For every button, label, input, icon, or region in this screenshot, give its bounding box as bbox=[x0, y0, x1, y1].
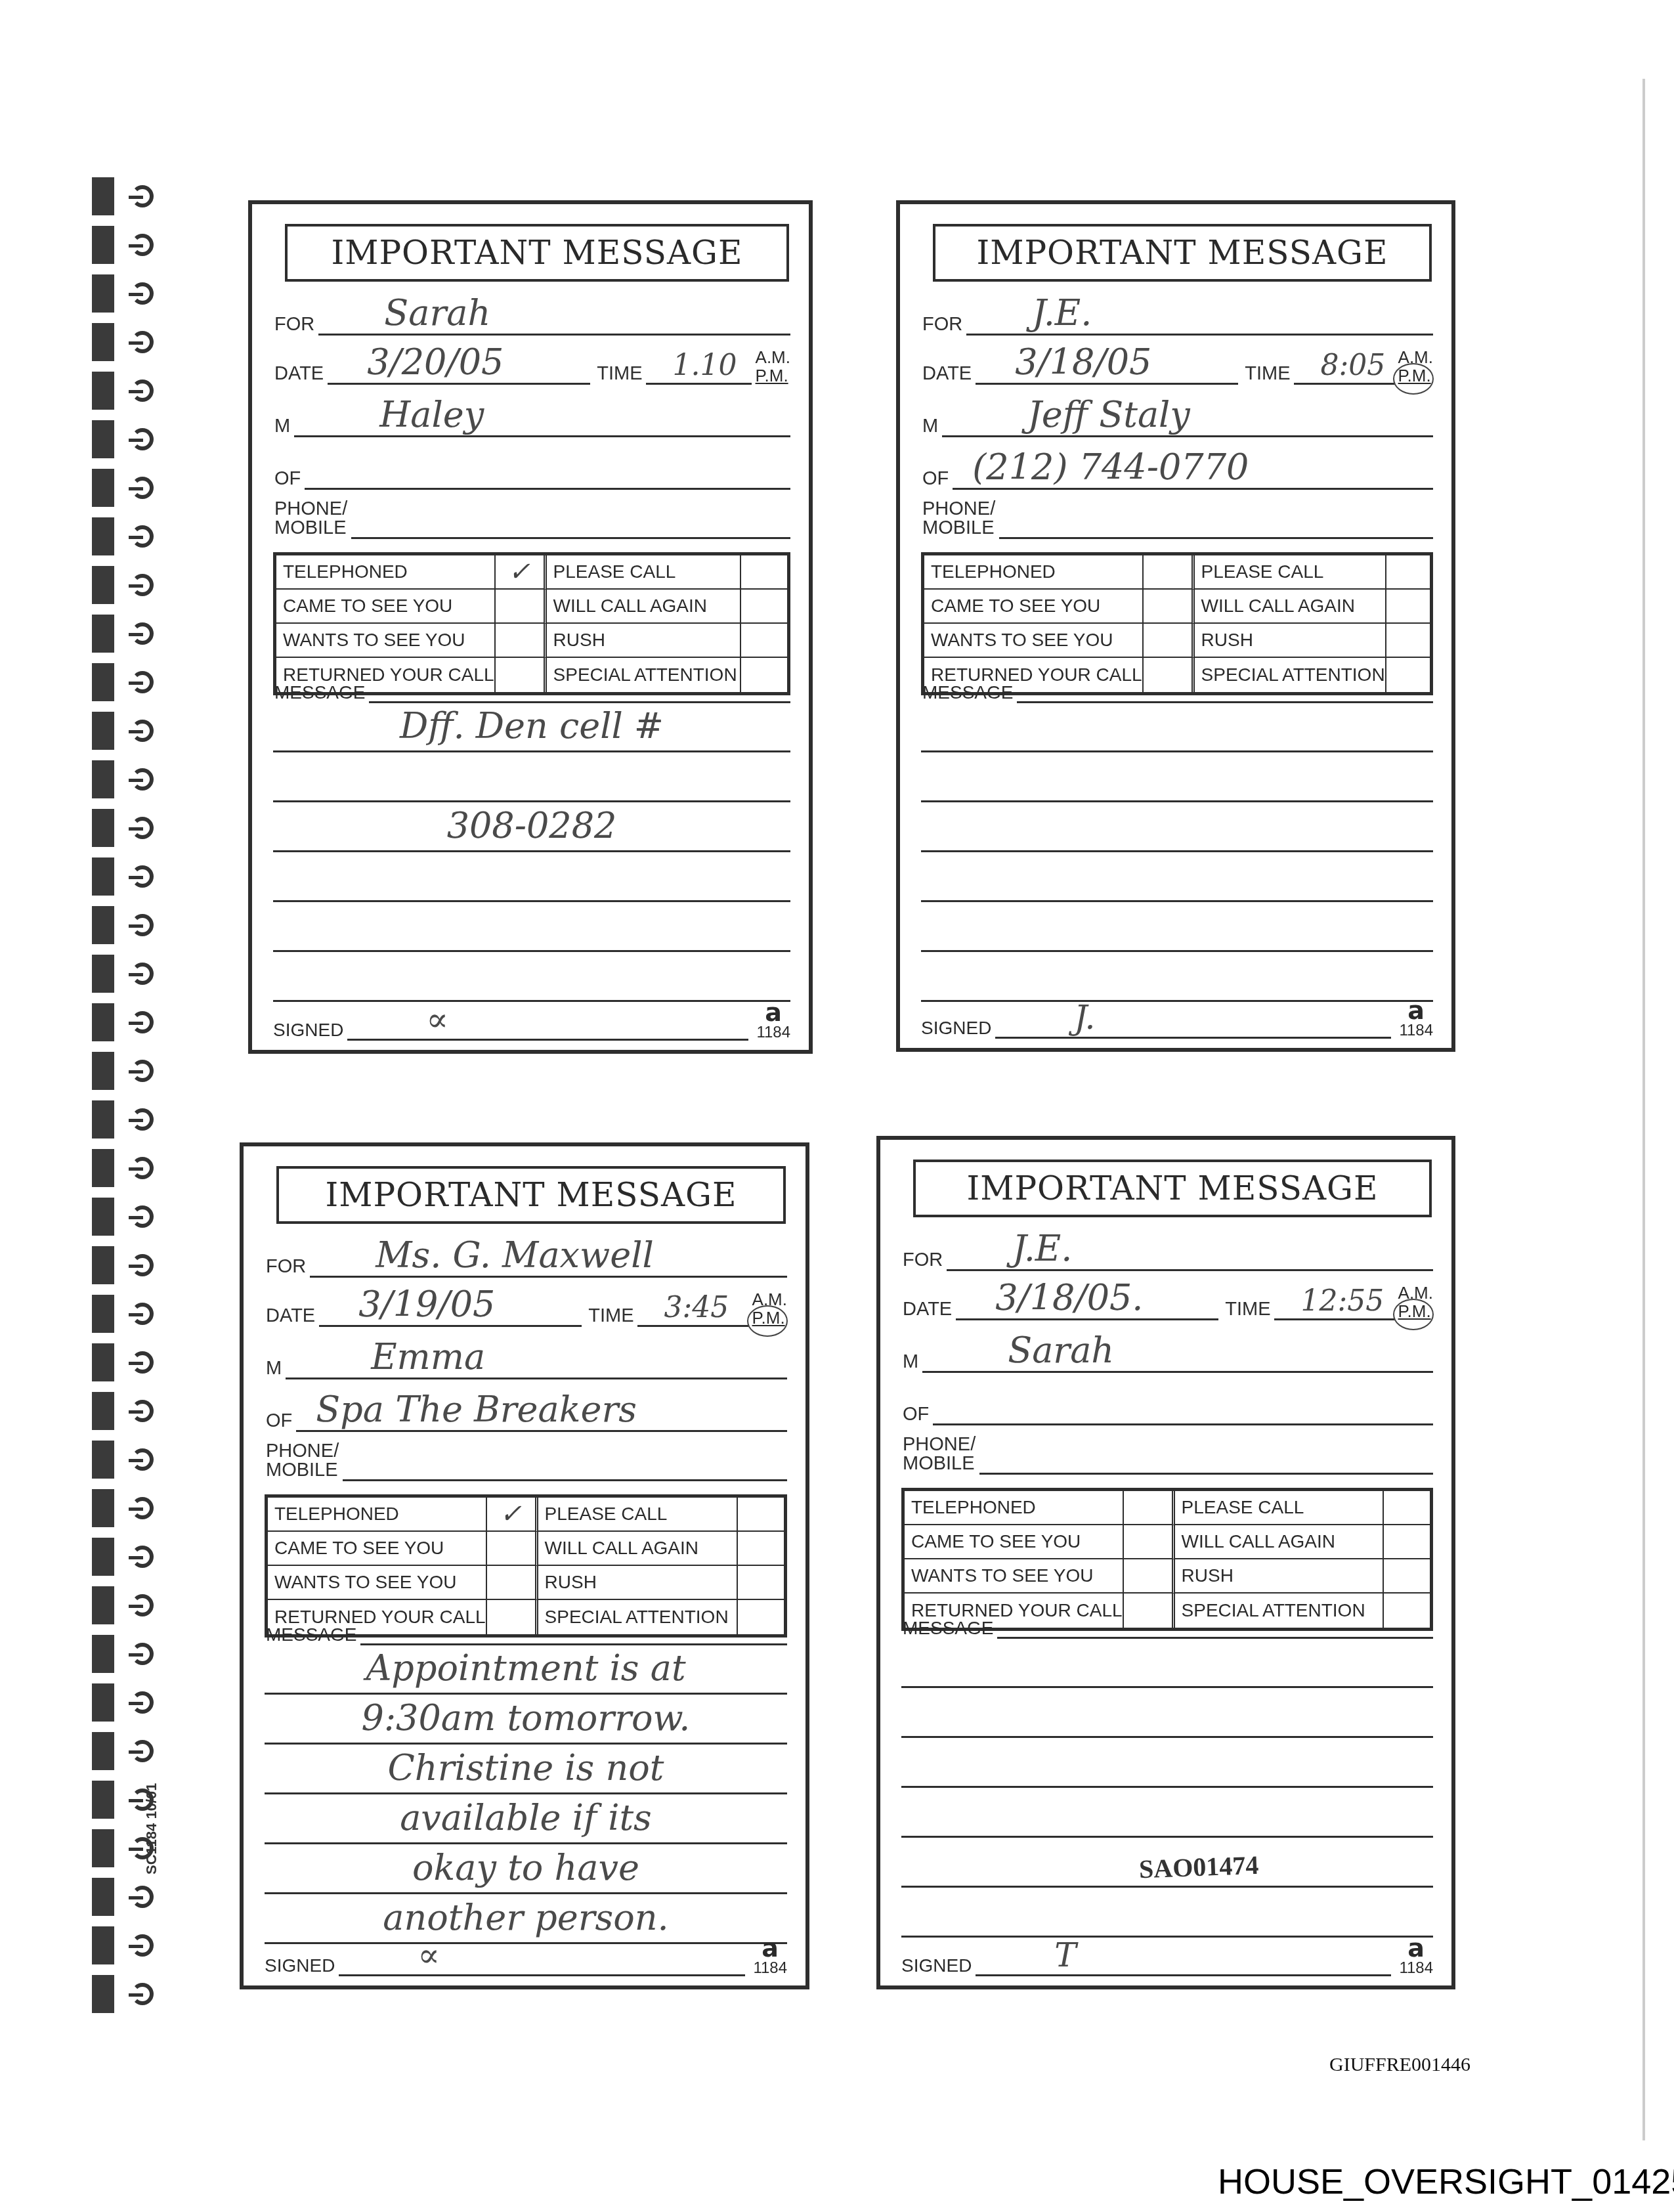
from-value: Emma bbox=[371, 1339, 485, 1375]
binding-tab bbox=[92, 1586, 114, 1624]
spiral-ring bbox=[131, 1643, 154, 1665]
spiral-ring bbox=[131, 1400, 154, 1422]
spiral-ring bbox=[131, 1060, 154, 1082]
binding-tab bbox=[92, 1100, 114, 1139]
am-pm-indicator: A.M. P.M. bbox=[1398, 1284, 1433, 1320]
spiral-ring bbox=[131, 1934, 154, 1957]
binding-tab bbox=[92, 1149, 114, 1187]
m-label: M bbox=[274, 417, 290, 437]
spiral-ring bbox=[131, 1886, 154, 1908]
ampad-logo: a1184 bbox=[1399, 1936, 1433, 1976]
binding-tab bbox=[92, 615, 114, 653]
message-line: available if its bbox=[265, 1841, 787, 1844]
checkbox-will-call-again[interactable] bbox=[1384, 1525, 1430, 1559]
message-line bbox=[273, 949, 790, 952]
date-time-field: DATE 3/18/05 TIME 8:05 A.M. P.M. bbox=[922, 339, 1433, 385]
message-line bbox=[921, 899, 1433, 902]
of-label: OF bbox=[903, 1405, 929, 1425]
checkbox-label-came-to-see-you: CAME TO SEE YOU bbox=[276, 590, 496, 624]
status-checkbox-grid: TELEPHONEDPLEASE CALLCAME TO SEE YOUWILL… bbox=[901, 1488, 1433, 1631]
message-line-text: Christine is not bbox=[265, 1747, 787, 1789]
checkbox-wants-to-see-you[interactable] bbox=[496, 624, 547, 658]
phone-label: PHONE/MOBILE bbox=[903, 1435, 976, 1475]
pm-label: P.M. bbox=[756, 367, 790, 385]
message-line-text: Dff. Den cell # bbox=[273, 705, 790, 747]
date-time-field: DATE 3/19/05 TIME 3:45 A.M. P.M. bbox=[266, 1281, 787, 1327]
spiral-ring bbox=[131, 428, 154, 450]
checkbox-label-wants-to-see-you: WANTS TO SEE YOU bbox=[276, 624, 496, 658]
for-field: FOR Sarah bbox=[274, 290, 790, 336]
of-value: Spa The Breakers bbox=[316, 1392, 637, 1427]
checkbox-came-to-see-you[interactable] bbox=[487, 1532, 538, 1566]
message-line: Dff. Den cell # bbox=[273, 749, 790, 752]
spiral-ring bbox=[131, 234, 154, 256]
binding-tab bbox=[92, 1683, 114, 1722]
checkbox-label-came-to-see-you: CAME TO SEE YOU bbox=[924, 590, 1144, 624]
checkbox-label-wants-to-see-you: WANTS TO SEE YOU bbox=[905, 1559, 1124, 1594]
of-field: OF bbox=[903, 1379, 1433, 1425]
spiral-ring bbox=[131, 768, 154, 791]
for-value: J.E. bbox=[1012, 1231, 1072, 1267]
date-time-field: DATE 3/18/05. TIME 12:55 A.M. P.M. bbox=[903, 1274, 1433, 1320]
spiral-ring bbox=[131, 1497, 154, 1519]
checkbox-please-call[interactable] bbox=[1384, 1491, 1430, 1525]
checkbox-label-will-call-again: WILL CALL AGAIN bbox=[1175, 1525, 1384, 1559]
message-label: MESSAGE bbox=[903, 1618, 993, 1639]
am-pm-indicator: A.M. P.M. bbox=[1398, 349, 1433, 385]
spiral-ring bbox=[131, 720, 154, 742]
binding-tab bbox=[92, 323, 114, 361]
binding-tab bbox=[92, 1829, 114, 1867]
binding-tab bbox=[92, 372, 114, 410]
phone-field: PHONE/MOBILE bbox=[266, 1435, 787, 1481]
message-slip-bottom-left: IMPORTANT MESSAGE FOR Ms. G. Maxwell DAT… bbox=[240, 1142, 809, 1989]
binding-tab bbox=[92, 1635, 114, 1673]
checkbox-label-rush: RUSH bbox=[547, 624, 741, 658]
time-value: 1.10 bbox=[672, 351, 737, 380]
binding-tab bbox=[92, 1441, 114, 1479]
for-label: FOR bbox=[266, 1257, 306, 1278]
slip-title: IMPORTANT MESSAGE bbox=[276, 1166, 786, 1224]
from-value: Jeff Staly bbox=[1027, 397, 1190, 433]
from-field: M Sarah bbox=[903, 1327, 1433, 1373]
message-line bbox=[901, 1785, 1433, 1788]
message-line-text: okay to have bbox=[265, 1847, 787, 1888]
status-checkbox-grid: TELEPHONED✓PLEASE CALLCAME TO SEE YOUWIL… bbox=[273, 552, 790, 695]
checkbox-telephoned[interactable]: ✓ bbox=[487, 1498, 538, 1532]
phone-field: PHONE/MOBILE bbox=[274, 493, 790, 539]
from-value: Haley bbox=[379, 397, 484, 433]
time-label: TIME bbox=[1245, 364, 1290, 385]
message-slip-top-right: IMPORTANT MESSAGE FOR J.E. DATE 3/18/05 … bbox=[896, 200, 1455, 1052]
checkbox-label-rush: RUSH bbox=[1195, 624, 1386, 658]
checkbox-label-rush: RUSH bbox=[1175, 1559, 1384, 1594]
date-value: 3/20/05 bbox=[367, 345, 504, 380]
signature-value: ∝ bbox=[418, 1939, 440, 1972]
binding-tab bbox=[92, 857, 114, 896]
checkbox-label-please-call: PLEASE CALL bbox=[1195, 555, 1386, 590]
signature-value: T bbox=[1054, 1939, 1076, 1972]
spiral-ring bbox=[131, 380, 154, 402]
time-label: TIME bbox=[588, 1307, 633, 1327]
message-label: MESSAGE bbox=[922, 682, 1013, 703]
checkbox-telephoned[interactable]: ✓ bbox=[496, 555, 547, 590]
m-label: M bbox=[266, 1359, 282, 1379]
time-value: 12:55 bbox=[1300, 1287, 1384, 1316]
binding-tab bbox=[92, 906, 114, 944]
message-line bbox=[901, 1735, 1433, 1738]
binding-tab bbox=[92, 1392, 114, 1430]
checkbox-telephoned[interactable] bbox=[1144, 555, 1195, 590]
from-field: M Haley bbox=[274, 391, 790, 437]
binding-tab bbox=[92, 1343, 114, 1381]
binding-tab bbox=[92, 469, 114, 507]
for-field: FOR Ms. G. Maxwell bbox=[266, 1232, 787, 1278]
message-label-row: MESSAGE bbox=[903, 1613, 1433, 1639]
page-edge-shadow bbox=[1642, 79, 1645, 2140]
am-label: A.M. bbox=[756, 349, 790, 366]
binding-tab bbox=[92, 1295, 114, 1333]
spiral-ring bbox=[131, 1691, 154, 1714]
binding-tab bbox=[92, 274, 114, 313]
for-value: Ms. G. Maxwell bbox=[376, 1238, 654, 1273]
m-label: M bbox=[903, 1353, 918, 1373]
binding-tab bbox=[92, 1781, 114, 1819]
ampad-logo: a1184 bbox=[756, 1000, 790, 1041]
checkbox-label-rush: RUSH bbox=[538, 1566, 738, 1600]
message-line bbox=[901, 1834, 1433, 1838]
checkbox-wants-to-see-you[interactable] bbox=[1124, 1559, 1175, 1594]
time-value: 3:45 bbox=[664, 1293, 729, 1322]
checkbox-label-came-to-see-you: CAME TO SEE YOU bbox=[905, 1525, 1124, 1559]
spiral-ring bbox=[131, 1011, 154, 1033]
for-label: FOR bbox=[274, 315, 314, 336]
spiral-binding bbox=[92, 177, 164, 2022]
status-checkbox-grid: TELEPHONEDPLEASE CALLCAME TO SEE YOUWILL… bbox=[921, 552, 1433, 695]
message-line bbox=[273, 799, 790, 802]
slip-title: IMPORTANT MESSAGE bbox=[933, 224, 1432, 282]
message-line bbox=[921, 949, 1433, 952]
binding-tab bbox=[92, 566, 114, 604]
binding-tab bbox=[92, 760, 114, 798]
spiral-ring bbox=[131, 331, 154, 353]
slip-title: IMPORTANT MESSAGE bbox=[913, 1160, 1432, 1217]
for-value: J.E. bbox=[1032, 295, 1092, 331]
of-label: OF bbox=[274, 469, 301, 490]
from-value: Sarah bbox=[1008, 1333, 1114, 1368]
spiral-ring bbox=[131, 1157, 154, 1179]
checkbox-please-call[interactable] bbox=[1386, 555, 1432, 590]
am-pm-indicator: A.M. P.M. bbox=[752, 1291, 787, 1327]
binding-tab bbox=[92, 1003, 114, 1041]
spiral-ring bbox=[131, 914, 154, 936]
spiral-ring bbox=[131, 574, 154, 596]
checkbox-rush[interactable] bbox=[1386, 624, 1432, 658]
checkbox-rush[interactable] bbox=[738, 1566, 784, 1600]
message-line-text: available if its bbox=[265, 1797, 787, 1838]
spiral-ring bbox=[131, 1546, 154, 1568]
signed-label: SIGNED bbox=[265, 1955, 335, 1976]
checkbox-label-telephoned: TELEPHONED bbox=[276, 555, 496, 590]
signed-label: SIGNED bbox=[921, 1018, 991, 1039]
checkbox-will-call-again[interactable] bbox=[738, 1532, 784, 1566]
ampad-logo: a1184 bbox=[753, 1936, 787, 1976]
time-label: TIME bbox=[1225, 1300, 1270, 1320]
binding-tab bbox=[92, 809, 114, 847]
bates-number: GIUFFRE001446 bbox=[1329, 2054, 1470, 2076]
phone-label: PHONE/MOBILE bbox=[274, 500, 347, 539]
of-label: OF bbox=[922, 469, 949, 490]
time-label: TIME bbox=[597, 364, 642, 385]
binding-tab bbox=[92, 1732, 114, 1770]
message-label-row: MESSAGE bbox=[274, 677, 790, 703]
checkbox-label-please-call: PLEASE CALL bbox=[547, 555, 741, 590]
checkbox-please-call[interactable] bbox=[738, 1498, 784, 1532]
checkbox-wants-to-see-you[interactable] bbox=[1144, 624, 1195, 658]
date-value: 3/18/05. bbox=[995, 1280, 1143, 1316]
binding-tab bbox=[92, 955, 114, 993]
checkbox-label-telephoned: TELEPHONED bbox=[268, 1498, 487, 1532]
spiral-ring bbox=[131, 817, 154, 839]
binding-tab bbox=[92, 1878, 114, 1916]
checkbox-came-to-see-you[interactable] bbox=[496, 590, 547, 624]
spiral-ring bbox=[131, 1351, 154, 1374]
date-time-field: DATE 3/20/05 TIME 1.10 A.M. P.M. bbox=[274, 339, 790, 385]
binding-tab bbox=[92, 712, 114, 750]
checkbox-label-will-call-again: WILL CALL AGAIN bbox=[1195, 590, 1386, 624]
checkbox-label-please-call: PLEASE CALL bbox=[1175, 1491, 1384, 1525]
binding-tab bbox=[92, 226, 114, 264]
binding-tab bbox=[92, 517, 114, 555]
checkbox-label-telephoned: TELEPHONED bbox=[905, 1491, 1124, 1525]
for-field: FOR J.E. bbox=[903, 1225, 1433, 1271]
date-value: 3/19/05 bbox=[358, 1287, 495, 1322]
margin-print-code: SC1184 10/01 bbox=[143, 1783, 160, 1875]
message-line: 308-0282 bbox=[273, 849, 790, 852]
spiral-ring bbox=[131, 865, 154, 888]
signed-field: SIGNED J. a1184 bbox=[921, 999, 1433, 1039]
of-value: (212) 744-0770 bbox=[972, 450, 1249, 485]
checkbox-rush[interactable] bbox=[1384, 1559, 1430, 1594]
date-label: DATE bbox=[266, 1307, 315, 1327]
spiral-ring bbox=[131, 282, 154, 305]
binding-tab bbox=[92, 1489, 114, 1527]
signed-field: SIGNED T a1184 bbox=[901, 1937, 1433, 1976]
binding-tab bbox=[92, 177, 114, 215]
message-line: Appointment is at bbox=[265, 1691, 787, 1695]
checkbox-wants-to-see-you[interactable] bbox=[487, 1566, 538, 1600]
checkbox-rush[interactable] bbox=[741, 624, 787, 658]
binding-tab bbox=[92, 1975, 114, 2013]
signature-value: ∝ bbox=[426, 1003, 448, 1036]
checkbox-will-call-again[interactable] bbox=[1386, 590, 1432, 624]
of-field: OF Spa The Breakers bbox=[266, 1386, 787, 1432]
binding-tab bbox=[92, 1246, 114, 1284]
message-line: Christine is not bbox=[265, 1791, 787, 1794]
phone-label: PHONE/MOBILE bbox=[266, 1442, 339, 1481]
signature-value: J. bbox=[1074, 1001, 1095, 1034]
spiral-ring bbox=[131, 1594, 154, 1616]
message-label: MESSAGE bbox=[266, 1624, 356, 1645]
spiral-ring bbox=[131, 1254, 154, 1276]
time-value: 8:05 bbox=[1320, 351, 1385, 380]
checkbox-label-came-to-see-you: CAME TO SEE YOU bbox=[268, 1532, 487, 1566]
am-pm-indicator: A.M. P.M. bbox=[756, 349, 790, 385]
of-field: OF (212) 744-0770 bbox=[922, 444, 1433, 490]
binding-tab bbox=[92, 663, 114, 701]
spiral-ring bbox=[131, 477, 154, 499]
date-label: DATE bbox=[922, 364, 972, 385]
message-line-text: 9:30am tomorrow. bbox=[265, 1697, 787, 1739]
checkbox-please-call[interactable] bbox=[741, 555, 787, 590]
of-field: OF bbox=[274, 444, 790, 490]
spiral-ring bbox=[131, 185, 154, 207]
checkbox-came-to-see-you[interactable] bbox=[1144, 590, 1195, 624]
checkbox-label-please-call: PLEASE CALL bbox=[538, 1498, 738, 1532]
binding-tab bbox=[92, 1926, 114, 1964]
sao-stamp: SAO01474 bbox=[1138, 1850, 1259, 1884]
message-line-text: 308-0282 bbox=[273, 805, 790, 846]
spiral-ring bbox=[131, 963, 154, 985]
spiral-ring bbox=[131, 1108, 154, 1131]
checkbox-label-will-call-again: WILL CALL AGAIN bbox=[538, 1532, 738, 1566]
status-checkbox-grid: TELEPHONED✓PLEASE CALLCAME TO SEE YOUWIL… bbox=[265, 1494, 787, 1637]
message-line bbox=[901, 1884, 1433, 1888]
for-label: FOR bbox=[922, 315, 962, 336]
spiral-ring bbox=[131, 1205, 154, 1228]
spiral-ring bbox=[131, 622, 154, 645]
slip-title: IMPORTANT MESSAGE bbox=[285, 224, 789, 282]
message-label: MESSAGE bbox=[274, 682, 365, 703]
checkbox-telephoned[interactable] bbox=[1124, 1491, 1175, 1525]
for-field: FOR J.E. bbox=[922, 290, 1433, 336]
signed-field: SIGNED ∝ a1184 bbox=[265, 1937, 787, 1976]
message-line bbox=[921, 849, 1433, 852]
message-line-text: another person. bbox=[265, 1897, 787, 1938]
of-label: OF bbox=[266, 1412, 292, 1432]
message-line-text: Appointment is at bbox=[265, 1647, 787, 1689]
signed-label: SIGNED bbox=[901, 1955, 972, 1976]
phone-label: PHONE/MOBILE bbox=[922, 500, 995, 539]
message-slip-top-left: IMPORTANT MESSAGE FOR Sarah DATE 3/20/05… bbox=[248, 200, 813, 1054]
message-line: okay to have bbox=[265, 1891, 787, 1894]
spiral-ring bbox=[131, 1448, 154, 1471]
spiral-ring bbox=[131, 525, 154, 548]
message-line bbox=[273, 899, 790, 902]
checkbox-label-wants-to-see-you: WANTS TO SEE YOU bbox=[268, 1566, 487, 1600]
spiral-ring bbox=[131, 1303, 154, 1325]
checkbox-came-to-see-you[interactable] bbox=[1124, 1525, 1175, 1559]
date-label: DATE bbox=[274, 364, 324, 385]
for-label: FOR bbox=[903, 1251, 943, 1271]
message-label-row: MESSAGE bbox=[922, 677, 1433, 703]
spiral-ring bbox=[131, 671, 154, 693]
footer-document-id: HOUSE_OVERSIGHT_014251 bbox=[1218, 2161, 1674, 2202]
checkbox-label-wants-to-see-you: WANTS TO SEE YOU bbox=[924, 624, 1144, 658]
signed-label: SIGNED bbox=[273, 1020, 343, 1041]
message-label-row: MESSAGE bbox=[266, 1619, 787, 1645]
binding-tab bbox=[92, 1198, 114, 1236]
checkbox-label-telephoned: TELEPHONED bbox=[924, 555, 1144, 590]
from-field: M Jeff Staly bbox=[922, 391, 1433, 437]
message-line bbox=[901, 1685, 1433, 1688]
phone-field: PHONE/MOBILE bbox=[903, 1429, 1433, 1475]
signed-field: SIGNED ∝ a1184 bbox=[273, 1001, 790, 1041]
binding-tab bbox=[92, 1052, 114, 1090]
message-line bbox=[921, 749, 1433, 752]
message-line: 9:30am tomorrow. bbox=[265, 1741, 787, 1745]
ampad-logo: a1184 bbox=[1399, 998, 1433, 1039]
binding-tab bbox=[92, 420, 114, 458]
message-line bbox=[921, 799, 1433, 802]
phone-field: PHONE/MOBILE bbox=[922, 493, 1433, 539]
date-value: 3/18/05 bbox=[1015, 345, 1151, 380]
date-label: DATE bbox=[903, 1300, 952, 1320]
from-field: M Emma bbox=[266, 1334, 787, 1379]
spiral-ring bbox=[131, 1740, 154, 1762]
for-value: Sarah bbox=[384, 295, 490, 331]
checkbox-label-will-call-again: WILL CALL AGAIN bbox=[547, 590, 741, 624]
checkbox-will-call-again[interactable] bbox=[741, 590, 787, 624]
spiral-ring bbox=[131, 1983, 154, 2005]
binding-tab bbox=[92, 1538, 114, 1576]
m-label: M bbox=[922, 417, 938, 437]
